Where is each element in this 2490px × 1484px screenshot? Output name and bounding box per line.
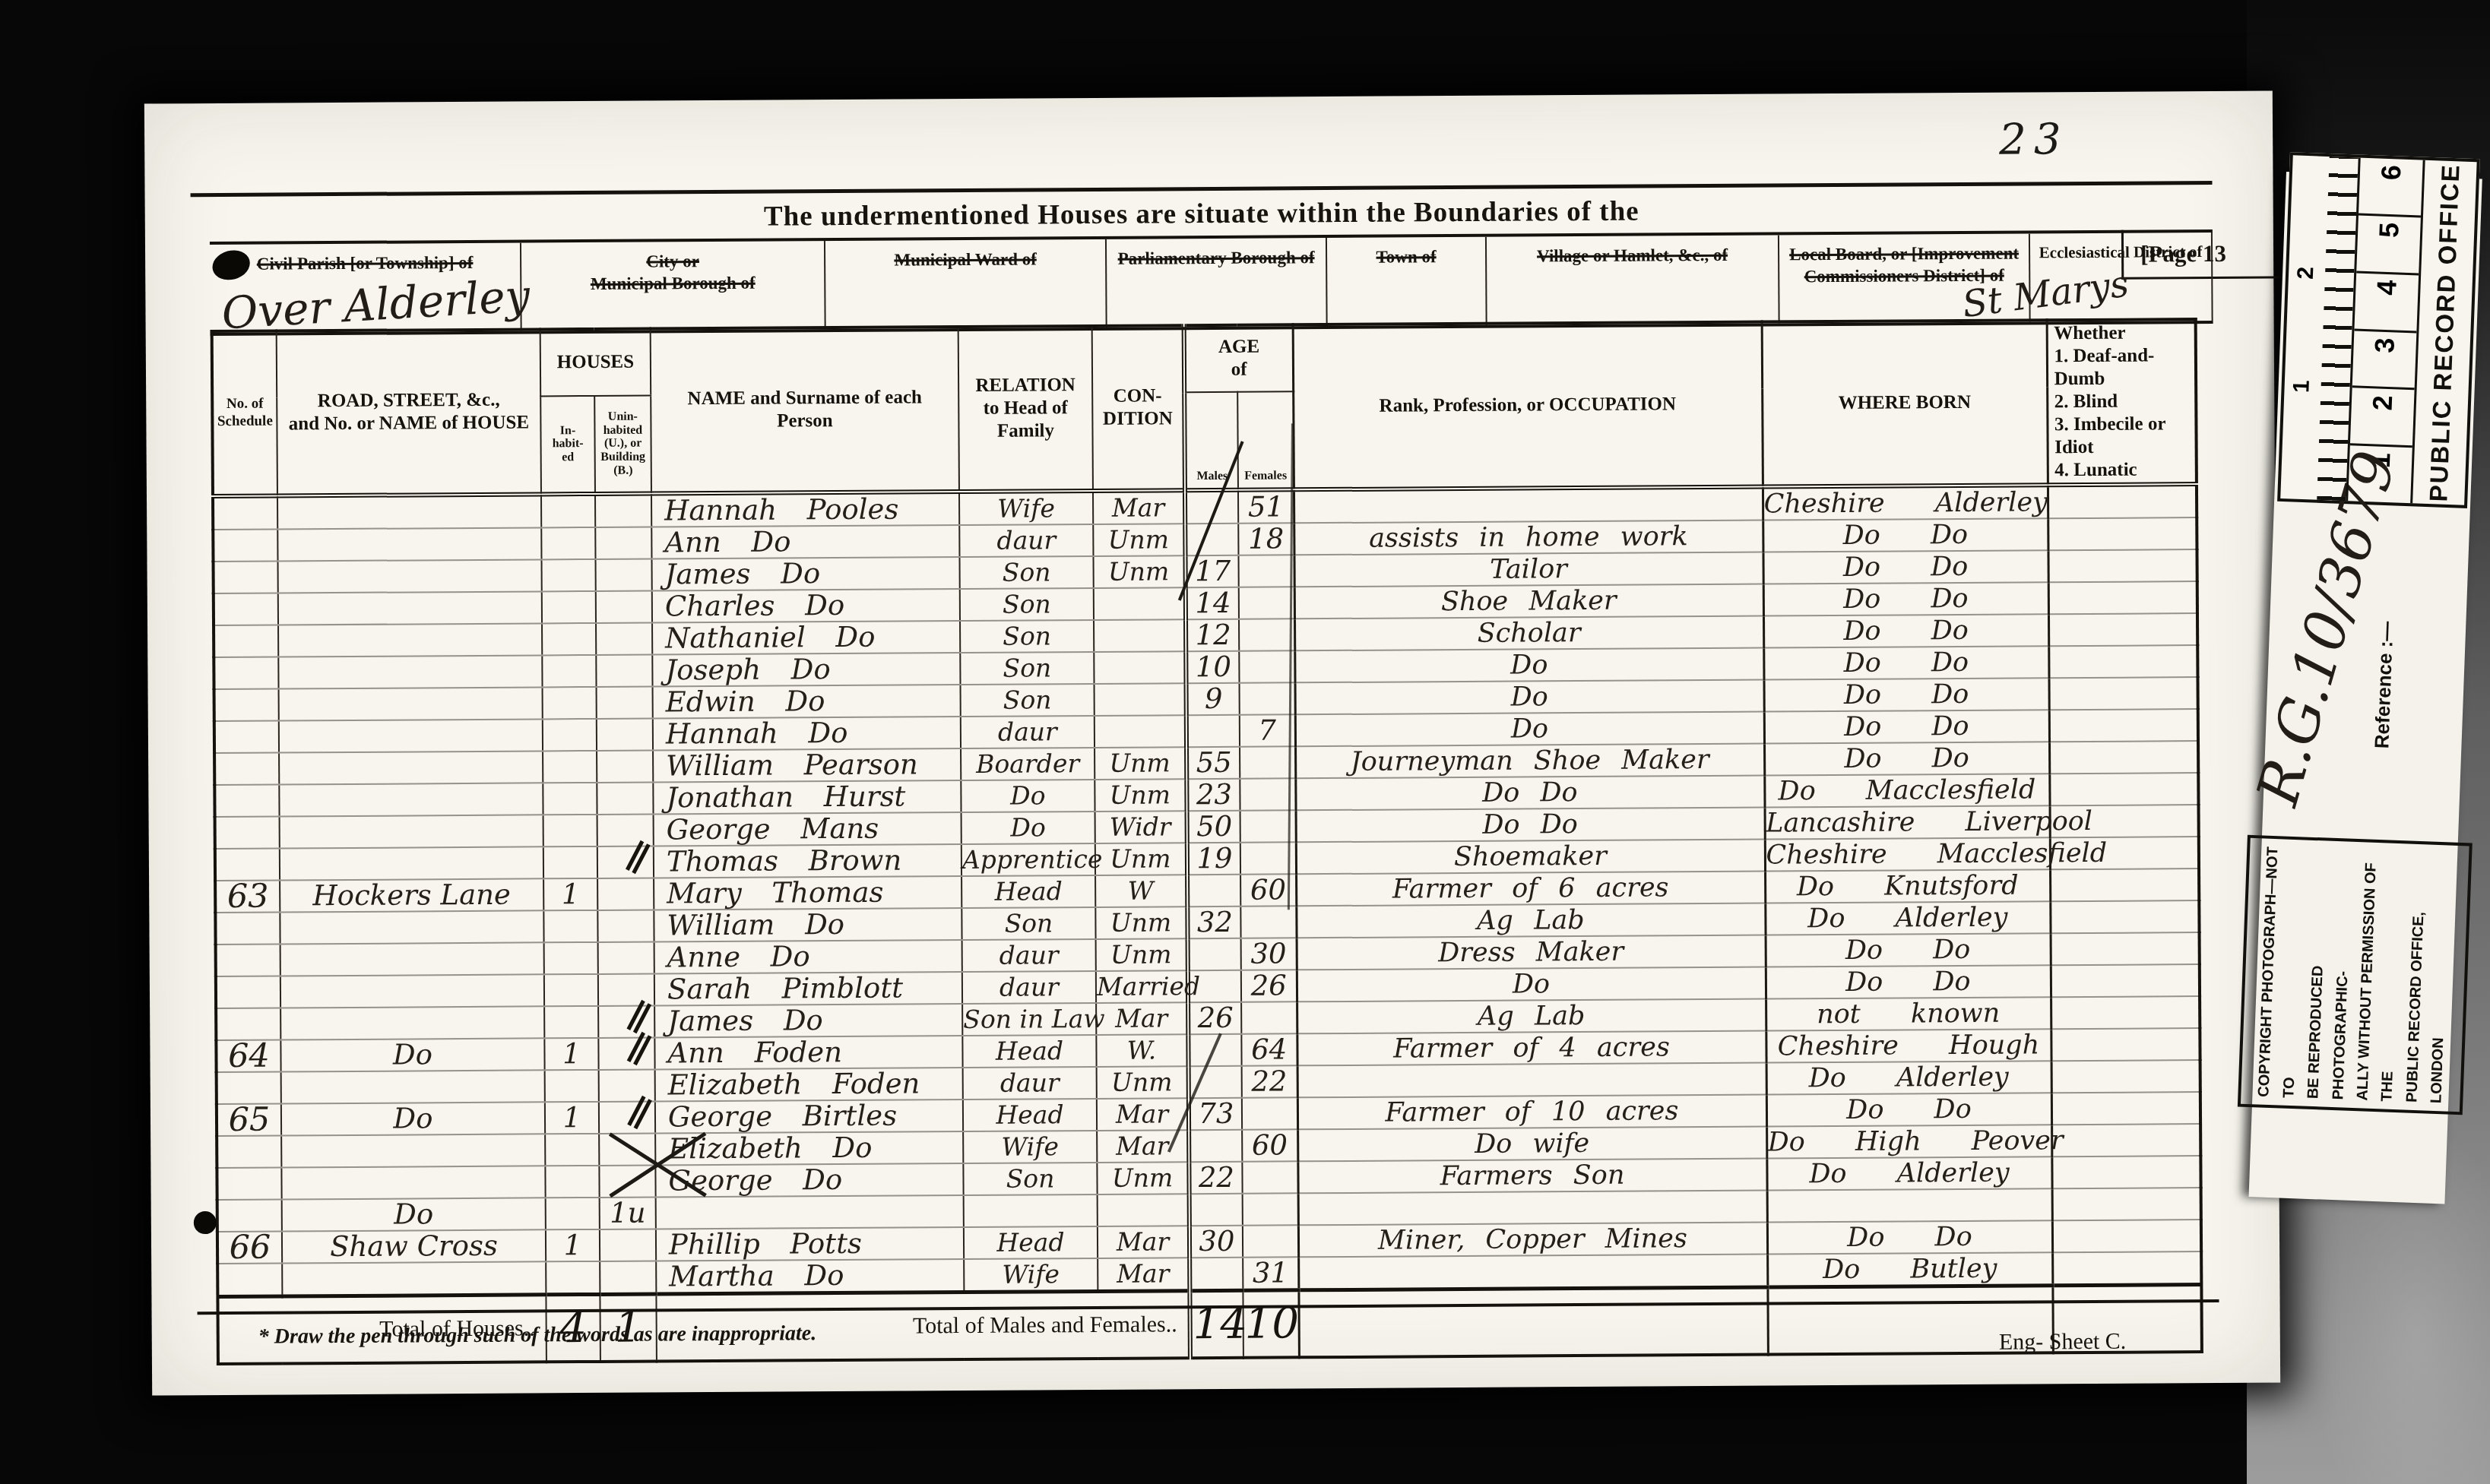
cell-occupation: Dress Maker [1297,935,1766,970]
cell-occupation: Journeyman Shoe Maker [1295,744,1764,779]
cell-inhabited [542,559,596,591]
cell-born: Do Do [1763,614,2048,647]
cell-road [277,494,541,529]
cell-relation: daur [959,524,1093,557]
cell-road [279,783,543,816]
cell-schedule [215,848,280,881]
cell-age-m: 50 [1187,811,1240,843]
cell-inhabited [544,1006,598,1038]
cell-age-m: 73 [1189,1098,1242,1130]
cell-relation: Head [963,1099,1097,1131]
cell-age-f [1243,1193,1298,1225]
cell-schedule [214,785,279,818]
ruler-cell-number: 2 [2350,386,2415,446]
ruler-inch-number: 2 [2293,266,2320,280]
cell-relation: Wife [963,1131,1097,1163]
page-title: The undermentioned Houses are situate wi… [210,191,2194,236]
sheet-label: Eng- Sheet C. [1999,1329,2127,1356]
cell-condition: Mar [1093,490,1185,524]
cell-age-m: 14 [1186,587,1239,619]
cell-inhabited: 1 [543,878,597,910]
cell-inhabited [546,1198,600,1229]
cell-infirmity [2052,1220,2201,1252]
reference-block: Reference :— R.G.10/3679 [2262,502,2470,843]
cell-inhabited [542,623,596,655]
cell-infirmity [2052,1251,2201,1286]
cell-occupation: Do [1294,648,1763,683]
cell-schedule [217,1167,281,1200]
cell-infirmity [2051,1156,2200,1188]
cell-name: ∥James Do [654,1004,962,1037]
total-females: 10 [1243,1290,1299,1357]
cell-road [278,623,542,657]
cell-name [656,1195,964,1229]
cell-condition: Unm [1097,1162,1189,1194]
ruler-inch-number: 1 [2289,380,2315,394]
cell-age-f [1239,619,1294,650]
cell-born: Lancashire Liverpool [1765,805,2050,839]
boundary-cell-label: Town of [1376,246,1436,268]
cell-infirmity [2048,677,2197,710]
cell-relation: daur [962,971,1096,1004]
cell-born: Cheshire Alderley [1763,485,2048,520]
cell-occupation: Shoe Maker [1294,584,1763,619]
col-header-schedule: No. of Schedule [212,331,277,497]
cell-road [281,1166,545,1199]
cell-relation: Son [960,588,1094,621]
cell-road [278,655,542,688]
cell-condition: Unm [1096,938,1188,971]
cell-relation: Son in Law [962,1003,1096,1036]
ruler-cell-number: 3 [2352,328,2417,388]
cell-born: Do High Peover [1766,1125,2051,1158]
cell-relation: Son [959,556,1093,589]
cell-name: Elizabeth Foden [655,1068,963,1101]
cell-inhabited [545,1166,599,1198]
cell-relation: Do [961,780,1095,812]
cell-relation: Head [961,875,1095,908]
cell-condition: Unm [1093,524,1185,556]
cell-condition [1094,651,1186,684]
cell-schedule [217,1071,281,1104]
cell-schedule [217,1135,281,1168]
cell-infirmity [2048,613,2197,646]
cell-road [278,559,542,593]
copyright-notice: COPYRIGHT PHOTOGRAPH—NOT TO BE REPRODUCE… [2238,835,2472,1115]
cell-schedule [217,1199,282,1232]
cell-condition: Widr [1095,811,1187,843]
cell-age-f: 18 [1238,523,1294,555]
cell-born [1767,1188,2052,1222]
boundary-cell-label: Parliamentary Borough of [1118,247,1315,270]
cell-occupation [1294,487,1763,524]
cell-born: Do Do [1763,518,2048,552]
cell-condition: Unm [1095,747,1186,780]
cell-name: Phillip Potts [656,1227,964,1261]
cell-relation: daur [962,939,1096,972]
cell-inhabited [543,910,597,942]
cell-condition: Married [1096,970,1188,1003]
boundary-cell-municipal-ward: Municipal Ward of [825,239,1107,329]
cell-schedule [216,944,280,976]
cell-schedule [214,593,278,626]
cell-age-m [1189,1066,1242,1098]
cell-born: Do Alderley [1766,1157,2051,1190]
cell-born: Do Macclesfield [1764,774,2049,807]
cell-uninhabited [597,718,653,750]
cell-occupation: Do [1297,967,1766,1002]
cell-uninhabited [597,878,654,910]
scan-page-number: 23 [1999,115,2069,165]
cell-inhabited [544,942,598,974]
census-table-body: Hannah PoolesWifeMar51Cheshire AlderleyA… [213,484,2201,1296]
cell-condition: Mar [1096,1002,1188,1035]
cell-name: Joseph Do [652,653,960,686]
cell-inhabited [543,783,597,815]
col-header-road: ROAD, STREET, &c., and No. or NAME of HO… [277,329,541,495]
total-males: 14 [1190,1290,1243,1357]
cell-age-f [1242,1161,1297,1193]
cell-inhabited [545,1070,599,1102]
cell-name: James Do [652,557,960,590]
cell-name: Edwin Do [653,685,961,718]
cell-road [280,1006,544,1039]
cell-born: Do Do [1763,582,2048,615]
totals-blank [1298,1287,1768,1357]
cell-relation: Son [960,652,1094,685]
cell-inhabited: 1 [544,1038,598,1070]
prc-card-content: COPYRIGHT PHOTOGRAPH—NOT TO BE REPRODUCE… [2249,172,2482,1204]
col-header-infirmity: Whether 1. Deaf-and-Dumb 2. Blind 3. Imb… [2047,319,2197,485]
ink-blot [194,1211,217,1234]
cell-name: Jonathan Hurst [653,780,961,814]
cell-born: Cheshire Hough [1766,1029,2051,1062]
cell-schedule: 65 [217,1103,281,1136]
cell-name: Ann Do [651,525,959,558]
cell-occupation [1298,1255,1767,1290]
cell-inhabited [543,687,597,719]
cell-occupation: Farmer of 6 acres [1296,872,1765,907]
cell-condition: Mar [1097,1098,1189,1131]
cell-age-m: 30 [1190,1226,1243,1258]
col-header-age-group: AGE of [1184,324,1294,392]
cell-relation: daur [961,716,1095,748]
cell-infirmity [2048,645,2197,678]
cell-name: Anne Do [654,940,962,973]
cell-relation: Wife [959,491,1093,525]
cell-age-m [1189,1130,1242,1162]
cell-born: Do Do [1764,678,2049,711]
cell-name: Martha Do [656,1259,964,1294]
cell-road: Do [280,1038,544,1071]
footnote: * Draw the pen through such of the words… [258,1321,817,1349]
ruler-ticks: 1 2 [2280,155,2361,501]
cell-relation: Son [963,1163,1097,1195]
cell-relation: Apprentice [961,843,1095,876]
cell-uninhabited [597,782,653,814]
cell-born: Do Knutsford [1765,869,2050,903]
cell-schedule [216,1008,280,1040]
cell-infirmity [2050,869,2199,901]
cell-age-f: 31 [1243,1257,1298,1290]
cell-infirmity [2049,773,2198,805]
cell-uninhabited [597,910,654,941]
cell-age-f [1240,778,1295,810]
cell-age-f [1240,906,1296,938]
cell-infirmity [2051,1060,2200,1093]
cell-inhabited [543,815,597,846]
cell-schedule [215,816,280,849]
cell-age-f: 26 [1241,970,1297,1001]
cell-uninhabited [600,1261,656,1294]
cell-relation: Head [962,1035,1096,1068]
cell-born: Do Do [1766,965,2051,998]
cell-born: Do Alderley [1766,1061,2051,1094]
cell-relation: Son [961,684,1095,717]
cell-uninhabited [600,1229,656,1261]
cell-uninhabited [597,750,653,782]
cell-road [280,974,544,1008]
cell-uninhabited [599,1133,655,1165]
cell-born: Do Do [1766,933,2051,967]
ruler-cell-number: 4 [2355,271,2419,331]
cell-condition: Unm [1095,843,1187,875]
cell-age-f [1240,746,1295,778]
cell-age-f [1240,682,1295,714]
cell-occupation: Tailor [1294,552,1763,587]
cell-inhabited [541,494,595,527]
cell-schedule [214,753,279,786]
cell-occupation: Do [1295,712,1764,747]
cell-relation: Head [964,1226,1098,1259]
cell-age-m: 26 [1188,1002,1241,1034]
cell-occupation: Shoemaker [1296,840,1765,875]
cell-condition [1095,683,1186,716]
cell-infirmity [2051,964,2200,997]
cell-condition: W. [1096,1034,1188,1067]
cell-uninhabited [596,654,652,686]
cell-infirmity [2048,517,2197,550]
cell-relation: Do [961,812,1095,844]
cell-condition: W [1095,875,1187,907]
cell-age-m: 19 [1187,843,1240,875]
boundary-cell-village-hamlet: Village or Hamlet, &c., of [1487,235,1780,324]
cell-road: Hockers Lane [280,878,543,912]
cell-condition: Unm [1095,907,1187,939]
reference-label: Reference :— [2370,621,2398,749]
cell-infirmity [2051,1124,2200,1157]
cell-born: Do Alderley [1765,901,2050,935]
cell-uninhabited [596,590,652,622]
cell-relation [964,1194,1098,1227]
cell-infirmity [2049,741,2198,774]
cell-occupation: Ag Lab [1296,903,1765,938]
boundary-cell-label: Village or Hamlet, &c., of [1537,245,1728,267]
cell-infirmity [2051,996,2200,1029]
cell-road [280,942,544,976]
cell-name: George Mans [654,812,961,846]
cell-occupation: Ag Lab [1297,999,1766,1034]
cell-age-m: 22 [1189,1162,1242,1194]
cell-condition [1094,587,1186,620]
col-header-born: WHERE BORN [1762,320,2048,486]
col-header-uninhabited: Unin- habited (U.), or Building (B.) [594,395,651,494]
col-header-relation: RELATION to Head of Family [958,326,1093,492]
scan-background: 23 The undermentioned Houses are situate… [0,0,2490,1484]
cell-age-m [1190,1194,1243,1226]
cell-inhabited [542,655,596,687]
cell-schedule [214,657,278,690]
cell-infirmity [2049,709,2198,742]
cell-schedule [214,721,279,754]
cell-infirmity [2051,1092,2200,1125]
cell-occupation: assists in home work [1294,521,1763,555]
cell-inhabited [545,1134,599,1166]
cell-age-f [1241,1001,1297,1033]
cell-road [282,1261,546,1296]
cell-road [280,846,543,880]
cell-occupation: Do [1295,680,1764,715]
cell-occupation: Farmer of 10 acres [1297,1095,1766,1130]
cell-born: Do Do [1764,742,2049,775]
cell-schedule: 64 [216,1039,280,1072]
cell-inhabited [543,751,597,783]
cell-inhabited [544,974,598,1006]
cell-road [278,591,542,625]
cell-age-f [1239,650,1294,682]
cell-condition: Mar [1098,1258,1190,1291]
cell-condition: Unm [1097,1066,1189,1099]
cell-occupation [1298,1191,1767,1226]
cell-schedule: 63 [215,880,280,913]
cell-schedule [214,625,278,658]
cell-schedule [216,976,280,1008]
cell-age-f: 30 [1241,938,1297,970]
cell-road: Do [282,1198,546,1231]
cell-occupation: Farmer of 4 acres [1297,1031,1766,1066]
boundary-cell-label: City or Municipal Borough of [591,251,756,296]
cell-condition: Mar [1098,1226,1190,1258]
cell-infirmity [2051,932,2200,965]
cell-uninhabited: 1u [600,1197,656,1229]
cell-inhabited: 1 [545,1102,599,1134]
cell-occupation: Farmers Son [1297,1159,1766,1194]
cell-condition [1098,1194,1190,1226]
cell-born: Cheshire Macclesfield [1765,837,2050,871]
cell-road [279,687,543,720]
cell-condition: Unm [1095,779,1186,812]
cell-born: not known [1766,997,2051,1030]
cell-age-f: 64 [1241,1033,1297,1065]
cell-road [280,910,543,944]
cell-occupation [1297,1063,1766,1098]
cell-inhabited: 1 [546,1229,600,1261]
cell-age-m: 10 [1186,651,1239,683]
cell-name: ∥Ann Foden [654,1036,962,1069]
cell-inhabited [543,719,597,751]
cell-schedule [213,530,277,562]
ruler-cell-number: 6 [2359,158,2423,216]
cell-road [280,815,543,848]
cell-uninhabited [597,686,653,718]
cell-road [281,1070,545,1103]
boundary-cell-label: Ecclesiastical District of [2039,242,2203,263]
cell-name: Hannah Do [653,717,961,750]
cell-age-f [1243,1225,1298,1257]
cell-uninhabited [596,559,652,591]
cell-inhabited [543,846,597,878]
cell-age-f: 51 [1238,489,1294,523]
cell-infirmity [2050,900,2199,933]
cell-condition: Unm [1093,555,1185,588]
cell-inhabited [542,591,596,623]
cell-age-m [1186,715,1240,747]
cell-name: William Pearson [653,748,961,782]
cell-age-m [1190,1258,1243,1291]
col-header-condition: CON- DITION [1092,325,1185,491]
cell-age-m: 23 [1186,779,1240,811]
cell-age-m [1188,938,1241,970]
cell-name: ∥George Birtles [655,1100,963,1133]
cell-relation: daur [963,1067,1097,1100]
cell-age-f: 60 [1242,1129,1297,1161]
cell-condition [1094,619,1186,652]
cell-age-m: 9 [1186,683,1240,715]
cell-born: Do Do [1764,710,2049,743]
cell-relation: Son [961,907,1095,940]
cell-born: Do Do [1766,1093,2051,1126]
cell-relation: Son [960,620,1094,653]
col-header-name: NAME and Surname of each Person [651,327,959,493]
cell-road [279,719,543,752]
boundary-cell-town: Town of [1327,237,1487,326]
cell-name: Mary Thomas [654,876,961,910]
cell-relation: Boarder [961,748,1095,780]
cell-uninhabited [595,494,651,527]
cell-age-f [1239,587,1294,619]
cell-infirmity [2052,1188,2201,1220]
cell-age-m: 32 [1187,907,1240,938]
cell-uninhabited [596,622,652,654]
cell-age-f [1238,555,1294,587]
cell-infirmity [2051,1028,2200,1061]
cell-condition [1095,715,1186,748]
cell-name: Charles Do [652,589,960,622]
cell-schedule [217,1263,282,1296]
cell-uninhabited [595,527,651,559]
col-header-inhabited: In- habit- ed [540,396,595,495]
census-table-header: No. of Schedule ROAD, STREET, &c., and N… [212,319,2197,496]
prc-reference-card: COPYRIGHT PHOTOGRAPH—NOT TO BE REPRODUCE… [2249,172,2482,1204]
cell-name: William Do [654,908,961,941]
census-table: No. of Schedule ROAD, STREET, &c., and N… [211,318,2203,1365]
col-header-occupation: Rank, Profession, or OCCUPATION [1293,322,1763,490]
cell-age-f: 22 [1242,1065,1297,1097]
cell-born: Do Do [1767,1220,2052,1254]
cell-schedule [214,562,278,594]
col-header-females: Females [1237,391,1294,490]
cell-born: Do Do [1763,646,2048,679]
cell-age-m: 55 [1186,747,1240,779]
cell-occupation: Scholar [1294,616,1763,651]
cell-age-f: 7 [1240,714,1295,746]
cell-age-f [1242,1097,1297,1129]
cell-inhabited [546,1261,600,1295]
cell-occupation: Do wife [1297,1127,1766,1162]
cell-schedule [213,496,277,530]
cell-age-m: 12 [1186,619,1239,651]
cell-occupation: Do Do [1296,808,1765,843]
